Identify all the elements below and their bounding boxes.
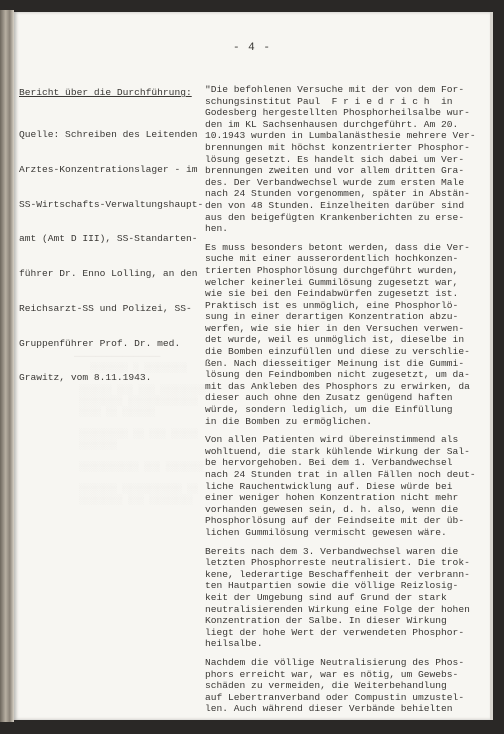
source-line: Grawitz, vom 8.11.1943. <box>19 372 189 384</box>
source-line: Gruppenführer Prof. Dr. med. <box>19 338 189 350</box>
page-number: - 4 - <box>14 42 490 54</box>
source-column: Bericht über die Durchführung: Quelle: S… <box>19 64 189 407</box>
paragraph: Nachdem die völlige Neutralisierung des … <box>205 657 485 715</box>
source-line: Quelle: Schreiben des Leitenden <box>19 129 189 141</box>
source-line: SS-Wirtschafts-Verwaltungshaupt- <box>19 199 189 211</box>
document-page: ──────────────── ░░░░░░░ ░ ░░░░░░░░ ░░░░… <box>14 12 490 720</box>
page-edge <box>490 12 493 720</box>
report-body: "Die befohlenen Versuche mit der von dem… <box>205 84 485 722</box>
paragraph: Es muss besonders betont werden, dass di… <box>205 242 485 428</box>
section-heading: Bericht über die Durchführung: <box>19 87 189 99</box>
paragraph: Bereits nach dem 3. Verbandwechsel waren… <box>205 546 485 650</box>
paragraph: Von allen Patienten wird übereinstimmend… <box>205 434 485 538</box>
source-line: amt (Amt D III), SS-Standarten- <box>19 233 189 245</box>
source-line: Arztes-Konzentrationslager - im <box>19 164 189 176</box>
source-line: Reichsarzt-SS und Polizei, SS- <box>19 303 189 315</box>
book-binding <box>0 10 14 722</box>
source-line: führer Dr. Enno Lolling, an den <box>19 268 189 280</box>
paragraph: "Die befohlenen Versuche mit der von dem… <box>205 84 485 235</box>
